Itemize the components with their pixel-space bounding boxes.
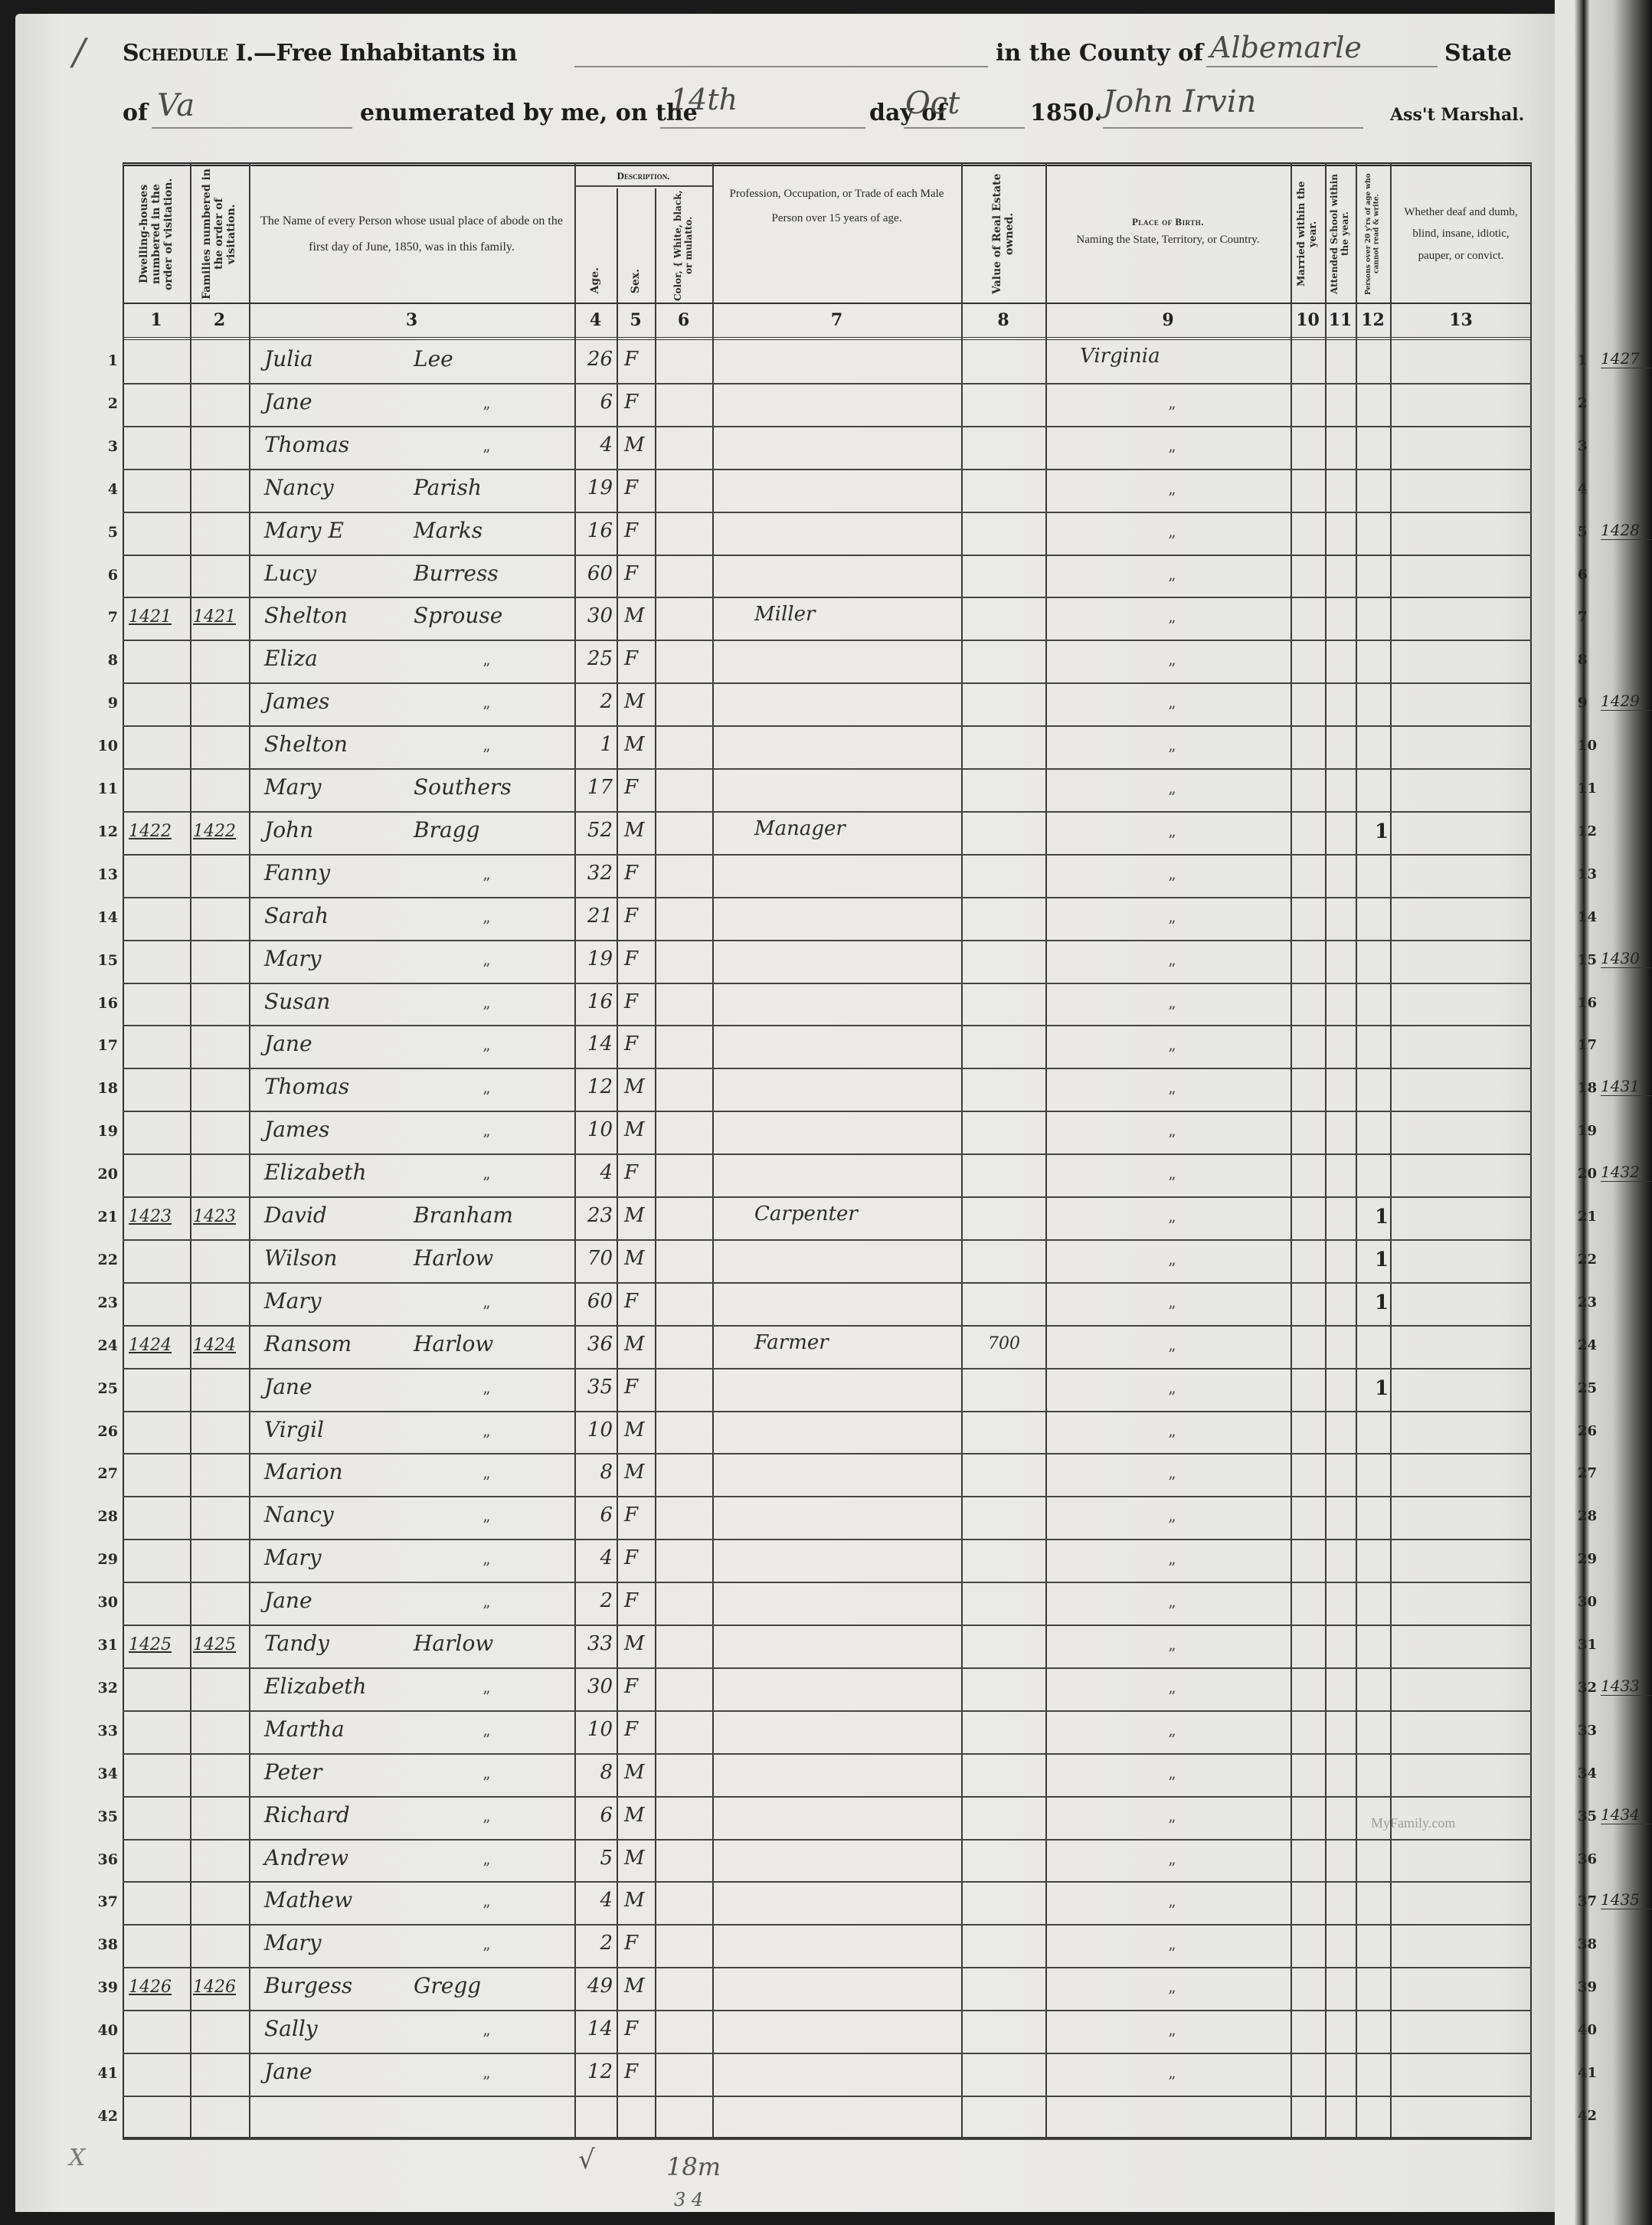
age: 12 <box>576 2060 613 2083</box>
adjacent-row-number: 39 <box>1578 1979 1593 1995</box>
birthplace: ” <box>1168 1173 1176 1192</box>
header-age-text: Age. <box>589 267 601 293</box>
row-divider <box>123 1967 1532 1968</box>
age: 8 <box>576 1461 613 1484</box>
header-sex: Sex. <box>617 190 655 301</box>
adjacent-dwelling-number: 1428 <box>1601 521 1652 540</box>
last-name: Marks <box>414 518 483 543</box>
row-number: 18 <box>77 1080 121 1097</box>
last-name: ” <box>483 1431 490 1449</box>
age: 10 <box>576 1418 613 1441</box>
sex: F <box>624 2060 638 2083</box>
age: 16 <box>576 519 613 542</box>
birthplace: ” <box>1168 831 1176 849</box>
adjacent-dwelling-number: 1427 <box>1601 349 1652 368</box>
first-name: Thomas <box>264 1074 349 1099</box>
age: 19 <box>576 947 613 970</box>
cannot-read-write-mark: 1 <box>1375 1206 1389 1229</box>
row-divider <box>123 597 1532 598</box>
row-number: 3 <box>77 438 121 455</box>
last-name: ” <box>483 403 490 421</box>
birthplace: ” <box>1168 574 1176 593</box>
birthplace: ” <box>1168 1388 1176 1406</box>
birthplace: ” <box>1168 1730 1176 1749</box>
last-name: ” <box>483 1816 490 1834</box>
column-number: 10 <box>1291 305 1325 335</box>
age: 6 <box>576 391 613 414</box>
first-name: Shelton <box>264 603 348 628</box>
last-name: ” <box>483 2030 490 2048</box>
row-divider <box>123 725 1532 727</box>
sex: M <box>624 733 645 756</box>
dwelling-number: 1421 <box>129 607 172 627</box>
column-number: 1 <box>123 305 190 335</box>
column-number-divider <box>123 337 1532 340</box>
first-name: Nancy <box>264 475 334 500</box>
row-divider <box>123 811 1532 813</box>
row-divider <box>123 1710 1532 1712</box>
header-married: Married within the year. <box>1291 167 1325 301</box>
adjacent-row-number: 40 <box>1578 2022 1593 2038</box>
row-number: 27 <box>77 1465 121 1482</box>
family-number: 1425 <box>193 1635 236 1654</box>
last-name: Sprouse <box>414 603 502 628</box>
row-divider <box>123 1496 1532 1497</box>
row-number: 21 <box>77 1209 121 1225</box>
header-age: Age. <box>574 190 617 301</box>
first-name: Shelton <box>264 731 348 757</box>
header-illiterate-text: Persons over 20 y'rs of age who cannot r… <box>1365 167 1381 301</box>
sex: F <box>624 990 638 1013</box>
bottom-tally-2: 3 4 <box>674 2189 703 2210</box>
header-married-text: Married within the year. <box>1297 167 1320 301</box>
adjacent-row-number: 35 <box>1578 1808 1593 1824</box>
dwelling-number: 1424 <box>129 1336 172 1355</box>
sex: M <box>624 690 645 713</box>
adjacent-row-number: 34 <box>1578 1765 1593 1782</box>
row-divider <box>123 983 1532 984</box>
sex: M <box>624 1418 645 1441</box>
sex: F <box>624 1546 638 1569</box>
col-divider <box>961 162 963 2138</box>
age: 4 <box>576 1889 613 1912</box>
last-name: ” <box>483 1388 490 1406</box>
row-number: 28 <box>77 1508 121 1525</box>
sex: F <box>624 947 638 970</box>
row-number: 4 <box>77 481 121 498</box>
last-name: Harlow <box>414 1631 493 1656</box>
header-color: Color, { White, black, or mulatto. <box>655 190 712 301</box>
row-number: 12 <box>77 823 121 840</box>
age: 1 <box>576 733 613 756</box>
column-number: 3 <box>249 305 574 335</box>
family-number: 1423 <box>193 1207 236 1226</box>
sex: M <box>624 1204 645 1227</box>
sex: M <box>624 1889 645 1912</box>
header-real-estate-text: Value of Real Estate owned. <box>991 167 1016 301</box>
row-number: 8 <box>77 652 121 669</box>
header-real-estate: Value of Real Estate owned. <box>961 167 1045 301</box>
birthplace: ” <box>1168 745 1176 764</box>
sex: M <box>624 1847 645 1870</box>
row-divider <box>123 1025 1532 1026</box>
adjacent-row-number: 30 <box>1578 1594 1593 1610</box>
first-name: Ransom <box>264 1331 352 1356</box>
sex: M <box>624 1632 645 1655</box>
adjacent-row-number: 14 <box>1578 909 1593 925</box>
first-name: David <box>264 1202 327 1228</box>
last-name: Lee <box>414 346 453 371</box>
watermark: MyFamily.com <box>1371 1815 1455 1831</box>
age: 35 <box>576 1376 613 1399</box>
age: 4 <box>576 1161 613 1184</box>
birthplace: ” <box>1168 960 1176 978</box>
birthplace: ” <box>1168 1302 1176 1320</box>
birthplace: ” <box>1168 874 1176 892</box>
first-name: Julia <box>264 346 313 371</box>
age: 33 <box>576 1632 613 1655</box>
header-sex-text: Sex. <box>630 269 642 293</box>
row-number: 38 <box>77 1936 121 1953</box>
col-divider <box>574 162 576 2138</box>
sex: M <box>624 604 645 627</box>
birthplace: ” <box>1168 1644 1176 1663</box>
row-divider <box>123 1196 1532 1198</box>
first-name: Fanny <box>264 860 330 885</box>
row-divider <box>123 2138 1532 2140</box>
adjacent-row-number: 42 <box>1578 2108 1593 2124</box>
birthplace: ” <box>1168 788 1176 807</box>
header-name-text: The Name of every Person whose usual pla… <box>249 208 574 260</box>
column-number: 11 <box>1325 305 1356 335</box>
column-number: 9 <box>1045 305 1291 335</box>
header-dwelling-text: Dwelling-houses numbered in the order of… <box>138 167 175 301</box>
header-birthplace: Place of Birth. Naming the State, Territ… <box>1045 167 1291 301</box>
age: 60 <box>576 1290 613 1313</box>
schedule-title: Schedule I.—Free Inhabitants in <box>123 40 517 67</box>
column-number: 13 <box>1390 305 1532 335</box>
adjacent-dwelling-number: 1430 <box>1601 949 1652 968</box>
first-name: Elizabeth <box>264 1160 367 1185</box>
cannot-read-write-mark: 1 <box>1375 1291 1389 1314</box>
birthplace: ” <box>1168 1816 1176 1834</box>
row-number: 24 <box>77 1337 121 1354</box>
column-number: 6 <box>655 305 712 335</box>
first-name: Sally <box>264 2016 318 2041</box>
adjacent-row-number: 17 <box>1578 1037 1593 1053</box>
last-name: ” <box>483 1130 490 1149</box>
adjacent-row-number: 4 <box>1578 481 1593 497</box>
adjacent-row-number: 15 <box>1578 952 1593 968</box>
row-number: 41 <box>77 2065 121 2082</box>
row-divider <box>123 1368 1532 1369</box>
row-number: 7 <box>77 609 121 626</box>
birthplace: ” <box>1168 1944 1176 1962</box>
occupation: Carpenter <box>754 1202 858 1225</box>
column-number: 2 <box>190 305 249 335</box>
row-divider <box>123 1453 1532 1454</box>
state-label: State <box>1444 40 1512 67</box>
first-name: Marion <box>264 1459 343 1484</box>
row-number: 17 <box>77 1037 121 1054</box>
birthplace: ” <box>1168 1345 1176 1363</box>
family-number: 1421 <box>193 607 236 627</box>
row-divider <box>123 2053 1532 2054</box>
adjacent-row-number: 38 <box>1578 1936 1593 1952</box>
first-name: Jane <box>264 2059 312 2084</box>
cannot-read-write-mark: 1 <box>1375 1248 1389 1271</box>
birthplace: ” <box>1168 1259 1176 1278</box>
header-dwelling: Dwelling-houses numbered in the order of… <box>123 167 190 301</box>
birthplace: ” <box>1168 1431 1176 1449</box>
sex: F <box>624 1032 638 1055</box>
birthplace: ” <box>1168 532 1176 550</box>
adjacent-row-number: 2 <box>1578 395 1593 411</box>
header-description: Description. <box>574 167 712 187</box>
row-divider <box>123 1282 1532 1284</box>
year-label: 1850. <box>1030 100 1102 126</box>
margin-mark: / <box>73 31 85 74</box>
first-name: John <box>264 817 313 843</box>
first-name: Lucy <box>264 561 316 586</box>
row-divider <box>123 1411 1532 1412</box>
sex: F <box>624 1718 638 1741</box>
last-name: ” <box>483 917 490 935</box>
sex: F <box>624 562 638 585</box>
adjacent-row-number: 23 <box>1578 1294 1593 1310</box>
age: 23 <box>576 1204 613 1227</box>
last-name: ” <box>483 960 490 978</box>
birthplace: ” <box>1168 1859 1176 1877</box>
adjacent-row-number: 41 <box>1578 2065 1593 2081</box>
age: 2 <box>576 1932 613 1955</box>
row-number: 29 <box>77 1551 121 1568</box>
age: 17 <box>576 776 613 799</box>
row-divider <box>123 2096 1532 2097</box>
birthplace: ” <box>1168 1003 1176 1021</box>
day-value: 14th <box>670 83 738 116</box>
first-name: Richard <box>264 1802 350 1827</box>
birthplace: ” <box>1168 659 1176 678</box>
last-name: ” <box>483 1045 490 1063</box>
row-divider <box>123 469 1532 470</box>
sex: F <box>624 391 638 414</box>
last-name: ” <box>483 1901 490 1919</box>
birthplace: ” <box>1168 1130 1176 1149</box>
first-name: Thomas <box>264 432 349 457</box>
sex: M <box>624 434 645 456</box>
age: 14 <box>576 1032 613 1055</box>
first-name: Jane <box>264 1374 312 1399</box>
sex: F <box>624 1290 638 1313</box>
marshal-label: Ass't Marshal. <box>1390 105 1524 125</box>
county-value: Albemarle <box>1210 31 1362 64</box>
cannot-read-write-mark: 1 <box>1375 1377 1389 1400</box>
month-value: Oct <box>905 86 960 121</box>
row-divider <box>123 897 1532 898</box>
row-number: 16 <box>77 995 121 1012</box>
last-name: Branham <box>414 1202 513 1228</box>
row-divider <box>123 1625 1532 1626</box>
birthplace: ” <box>1168 617 1176 635</box>
last-name: ” <box>483 1559 490 1577</box>
age: 5 <box>576 1847 613 1870</box>
sex: M <box>624 1804 645 1827</box>
first-name: Nancy <box>264 1502 334 1527</box>
birthplace: ” <box>1168 1559 1176 1577</box>
age: 10 <box>576 1118 613 1141</box>
header-occupation-text: Profession, Occupation, or Trade of each… <box>712 182 961 231</box>
birthplace: ” <box>1168 1773 1176 1791</box>
header-name: The Name of every Person whose usual pla… <box>249 167 574 301</box>
age: 25 <box>576 647 613 670</box>
col-divider <box>617 188 618 2138</box>
age: 52 <box>576 819 613 842</box>
birthplace: ” <box>1168 1473 1176 1491</box>
first-name: Virgil <box>264 1417 324 1442</box>
last-name: ” <box>483 1944 490 1962</box>
birthplace: ” <box>1168 1516 1176 1534</box>
row-divider <box>123 682 1532 684</box>
row-number: 20 <box>77 1166 121 1183</box>
col-divider <box>1390 162 1392 2138</box>
birthplace: ” <box>1168 2030 1176 2048</box>
row-divider <box>123 426 1532 427</box>
family-number: 1424 <box>193 1336 236 1355</box>
adjacent-dwelling-number: 1431 <box>1601 1077 1652 1096</box>
last-name: Gregg <box>414 1973 481 1998</box>
first-name: Elizabeth <box>264 1674 367 1699</box>
adjacent-row-number: 31 <box>1578 1637 1593 1653</box>
sex: F <box>624 862 638 885</box>
adjacent-dwelling-number: 1435 <box>1601 1890 1652 1909</box>
birthplace: ” <box>1168 1602 1176 1620</box>
last-name: ” <box>483 745 490 764</box>
first-name: Mary E <box>264 518 344 543</box>
age: 49 <box>576 1975 613 1998</box>
header-illiterate: Persons over 20 y'rs of age who cannot r… <box>1356 167 1390 301</box>
last-name: ” <box>483 2073 490 2091</box>
sex: F <box>624 1504 638 1526</box>
row-divider <box>123 1839 1532 1841</box>
sex: M <box>624 819 645 842</box>
age: 32 <box>576 862 613 885</box>
adjacent-row-number: 28 <box>1578 1508 1593 1524</box>
sex: F <box>624 348 638 371</box>
age: 30 <box>576 604 613 627</box>
row-number: 10 <box>77 738 121 754</box>
sex: M <box>624 1975 645 1998</box>
row-divider <box>123 940 1532 941</box>
col-divider <box>655 188 656 2138</box>
row-divider <box>123 1753 1532 1755</box>
bottom-tally: 18m <box>666 2152 721 2181</box>
age: 16 <box>576 990 613 1013</box>
col-divider <box>190 162 191 2138</box>
age: 36 <box>576 1333 613 1356</box>
sex: F <box>624 1161 638 1184</box>
birthplace: ” <box>1168 1987 1176 2005</box>
row-divider <box>123 1796 1532 1798</box>
last-name: ” <box>483 1516 490 1534</box>
column-number: 4 <box>574 305 617 335</box>
birthplace: ” <box>1168 446 1176 464</box>
adjacent-row-number: 16 <box>1578 995 1593 1011</box>
row-number: 42 <box>77 2108 121 2125</box>
adjacent-row-number: 36 <box>1578 1851 1593 1867</box>
sex: F <box>624 1376 638 1399</box>
adjacent-row-number: 19 <box>1578 1123 1593 1139</box>
first-name: Mary <box>264 774 322 800</box>
row-number: 26 <box>77 1423 121 1440</box>
row-divider <box>123 1068 1532 1069</box>
adjacent-row-number: 27 <box>1578 1465 1593 1481</box>
last-name: ” <box>483 1003 490 1021</box>
row-number: 5 <box>77 524 121 541</box>
row-number: 23 <box>77 1294 121 1311</box>
sex: F <box>624 1675 638 1698</box>
col-divider <box>249 162 250 2138</box>
age: 12 <box>576 1075 613 1098</box>
cannot-read-write-mark: 1 <box>1375 820 1389 843</box>
last-name: Burress <box>414 561 499 586</box>
birthplace: ” <box>1168 1088 1176 1106</box>
adjacent-row-number: 24 <box>1578 1337 1593 1353</box>
birthplace: ” <box>1168 1687 1176 1706</box>
last-name: ” <box>483 702 490 721</box>
header-infirmity-text: Whether deaf and dumb, blind, insane, id… <box>1390 201 1532 267</box>
adjacent-row-number: 12 <box>1578 823 1593 839</box>
header-birthplace-text: Naming the State, Territory, or Country. <box>1070 228 1265 253</box>
first-name: Mathew <box>264 1887 352 1913</box>
sex: M <box>624 1761 645 1784</box>
bottom-check-mark: √ <box>578 2145 595 2175</box>
row-divider <box>123 640 1532 641</box>
header-school: Attended School within the year. <box>1325 167 1356 301</box>
row-number: 36 <box>77 1851 121 1868</box>
sex: M <box>624 1118 645 1141</box>
header-family: Families numbered in the order of visita… <box>190 167 249 301</box>
age: 2 <box>576 690 613 713</box>
first-name: Mary <box>264 1930 322 1955</box>
row-divider <box>123 1667 1532 1669</box>
adjacent-row-number: 22 <box>1578 1252 1593 1268</box>
row-divider <box>123 2010 1532 2011</box>
last-name: Southers <box>414 774 512 800</box>
column-number: 12 <box>1356 305 1390 335</box>
birthplace: ” <box>1168 702 1176 721</box>
sex: F <box>624 905 638 928</box>
row-divider <box>123 555 1532 556</box>
marshal-name: John Irvin <box>1103 84 1256 119</box>
last-name: ” <box>483 874 490 892</box>
row-number: 30 <box>77 1594 121 1611</box>
row-number: 11 <box>77 780 121 797</box>
adjacent-row-number: 7 <box>1578 609 1593 625</box>
age: 21 <box>576 905 613 928</box>
adjacent-row-number: 37 <box>1578 1893 1593 1909</box>
birthplace: ” <box>1168 2073 1176 2091</box>
adjacent-row-number: 10 <box>1578 738 1593 754</box>
adjacent-row-number: 13 <box>1578 866 1593 882</box>
birthplace: ” <box>1168 403 1176 421</box>
age: 30 <box>576 1675 613 1698</box>
bottom-x-mark: X <box>69 2145 85 2171</box>
last-name: ” <box>483 1859 490 1877</box>
adjacent-row-number: 18 <box>1578 1080 1593 1096</box>
sex: F <box>624 1932 638 1955</box>
last-name: ” <box>483 1473 490 1491</box>
